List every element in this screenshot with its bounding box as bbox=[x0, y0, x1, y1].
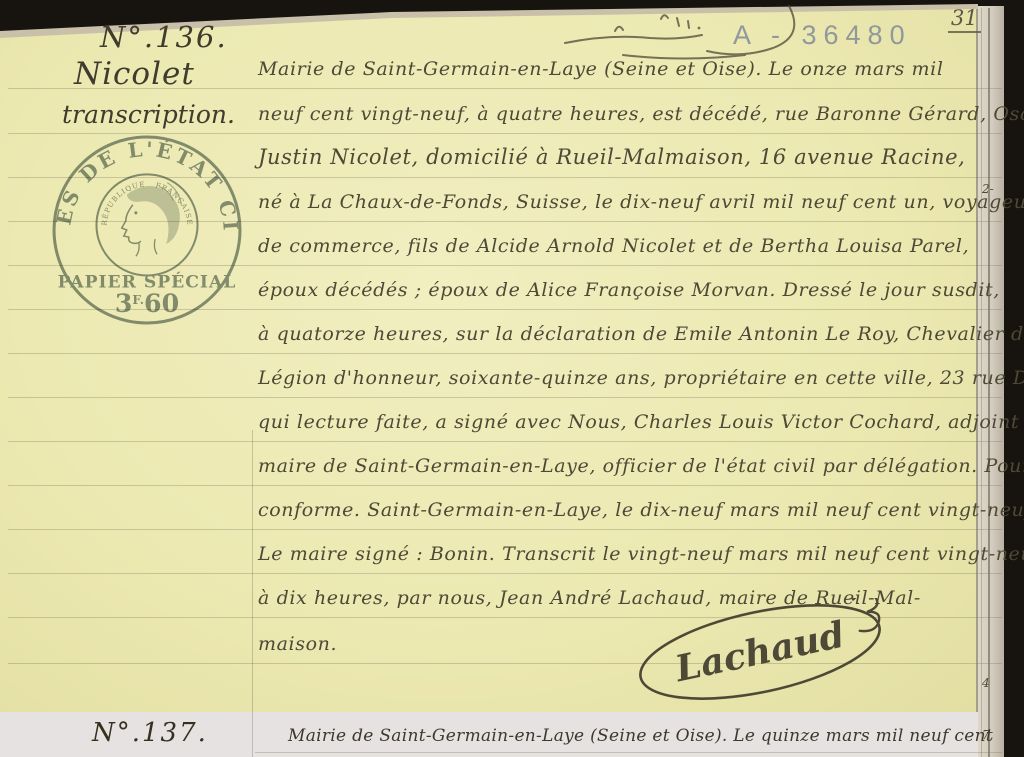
act-text-line: de commerce, fils de Alcide Arnold Nicol… bbox=[258, 235, 969, 257]
stamp-value: 3F.60 bbox=[115, 288, 179, 318]
mayor-signature: Lachaud bbox=[626, 598, 894, 706]
margin-rule-line bbox=[252, 430, 253, 757]
ruling-line bbox=[8, 573, 1002, 574]
act-text-line: maison. bbox=[258, 633, 337, 655]
register-photo: { "document": { "act_number": "N°.136.",… bbox=[0, 0, 1024, 757]
ruling-line bbox=[8, 397, 1002, 398]
act-text-line: conforme. Saint-Germain-en-Laye, le dix-… bbox=[258, 499, 1024, 521]
stamp-value-sup: F. bbox=[132, 293, 144, 307]
act-text-line: maire de Saint-Germain-en-Laye, officier… bbox=[258, 455, 1024, 477]
act-text-line: Le maire signé : Bonin. Transcrit le vin… bbox=[258, 543, 1024, 565]
svg-text:RÉPUBLIQUE: RÉPUBLIQUE bbox=[100, 179, 146, 225]
ruling-line bbox=[255, 752, 1002, 753]
ruling-line bbox=[8, 529, 1002, 530]
ruling-line bbox=[8, 441, 1002, 442]
next-act-number: N°.137. bbox=[92, 718, 208, 748]
act-name: Nicolet bbox=[74, 56, 195, 92]
act-text-line: Mairie de Saint-Germain-en-Laye (Seine e… bbox=[258, 58, 944, 80]
act-text-line: à quatorze heures, sur la déclaration de… bbox=[258, 323, 1024, 345]
margin-mark: 2- bbox=[982, 182, 1004, 196]
ruling-line bbox=[8, 353, 1002, 354]
act-text-line: époux décédés ; époux de Alice Françoise… bbox=[258, 279, 1000, 301]
stamp-value-int: 3 bbox=[115, 288, 133, 318]
ink-flourish bbox=[553, 1, 805, 63]
act-text-line: qui lecture faite, a signé avec Nous, Ch… bbox=[258, 411, 1024, 433]
signature-name: Lachaud bbox=[671, 614, 848, 691]
ruling-line bbox=[8, 485, 1002, 486]
act-type-note: transcription. bbox=[62, 100, 235, 129]
stamp-value-cents: 60 bbox=[144, 288, 179, 318]
next-act-first-line: Mairie de Saint-Germain-en-Laye (Seine e… bbox=[288, 726, 993, 746]
act-text-line: Justin Nicolet, domicilié à Rueil-Malmai… bbox=[258, 145, 965, 169]
margin-mark: 4 bbox=[982, 676, 1004, 690]
act-text-line: Légion d'honneur, soixante-quinze ans, p… bbox=[258, 367, 1024, 389]
revenue-stamp: ACTES DE L'ÉTAT CIVIL RÉPUBLIQUE FRANÇAI… bbox=[40, 134, 254, 326]
act-number: N°.136. bbox=[100, 20, 228, 54]
page-number: 31 bbox=[948, 6, 981, 33]
stamp-medallion-left-text: RÉPUBLIQUE bbox=[100, 179, 146, 225]
act-text-line: neuf cent vingt-neuf, à quatre heures, e… bbox=[258, 103, 1024, 125]
act-text-line: né à La Chaux-de-Fonds, Suisse, le dix-n… bbox=[258, 191, 1024, 213]
